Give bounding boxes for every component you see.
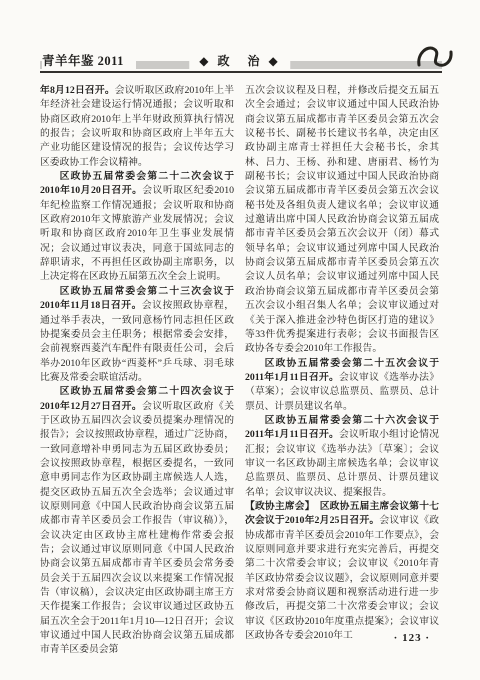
paragraph: 区政协五届常委会第二十五次会议于2011年1月11日召开。会议审议《选举办法》（… — [245, 357, 439, 414]
calligraphic-swirl-icon — [416, 41, 456, 76]
text-columns: 年8月12日召开。会议听取区政府2010年上半年经济社会建设运行情况通报；会议听… — [40, 84, 440, 658]
paragraph-text: 会议听取区政府2010年上半年经济社会建设运行情况通报；会议听取和协商区政府20… — [40, 85, 234, 168]
yearbook-title: 青羊年鉴 2011 — [42, 51, 136, 71]
right-column: 五次会议议程及日程，并修改后提交五届五次全会通过；会议审议通过中国人民政治协商会… — [245, 84, 439, 658]
paragraph-text: 五次会议议程及日程，并修改后提交五届五次全会通过；会议审议通过中国人民政治协商会… — [245, 85, 439, 354]
section-paragraph: 【政协主席会】 区政协五届主席会议第十七次会议于2010年2月25日召开。会议审… — [245, 500, 439, 643]
paragraph-lead: 年8月12日召开。 — [40, 85, 115, 96]
paragraph: 区政协五届常委会第二十六次会议于2011年1月11日召开。会议听取小组讨论情况汇… — [245, 414, 439, 500]
page-header: 青羊年鉴 2011 ◆ 政 治 ◆ — [40, 50, 440, 74]
section-title: ◆ 政 治 ◆ — [189, 52, 290, 71]
paragraph-text: 会议听取区政府《关于区政协五届四次会议委员提案办理情况的报告》；会议按照政协章程… — [40, 401, 234, 656]
paragraph: 区政协五届常委会第二十二次会议于2010年10月20日召开。会议听取区纪委201… — [40, 170, 234, 285]
paragraph-text: 会议听取区纪委2010年纪检监察工作情况通报；会议听取和协商区政府2010年文博… — [40, 185, 234, 282]
paragraph: 区政协五届常委会第二十三次会议于2010年11月18日召开。会议按照政协章程，通… — [40, 285, 234, 385]
paragraph: 五次会议议程及日程，并修改后提交五届五次全会通过；会议审议通过中国人民政治协商会… — [245, 84, 439, 357]
paragraph-text: 会议按照政协章程，通过举手表决，一致同意杨竹同志担任区政协提案委员会主任职务；根… — [40, 300, 234, 383]
entry-heading: 【政协主席会】 — [245, 501, 320, 512]
left-column: 年8月12日召开。会议听取区政府2010年上半年经济社会建设运行情况通报；会议听… — [40, 84, 234, 658]
paragraph: 区政协五届常委会第二十四次会议于2010年12月27日召开。会议听取区政府《关于… — [40, 385, 234, 658]
header-rule — [40, 71, 442, 73]
paragraph: 年8月12日召开。会议听取区政府2010年上半年经济社会建设运行情况通报；会议听… — [40, 84, 234, 170]
page-number: · 123 · — [394, 632, 430, 644]
yearbook-page: 青羊年鉴 2011 ◆ 政 治 ◆ 年8月12日召开。会议听取区政府2010年上… — [0, 0, 480, 680]
paragraph-text: 会议审议《政协成都市青羊区委员会2010年工作要点》，会议原则同意并要求进行充实… — [245, 515, 439, 641]
